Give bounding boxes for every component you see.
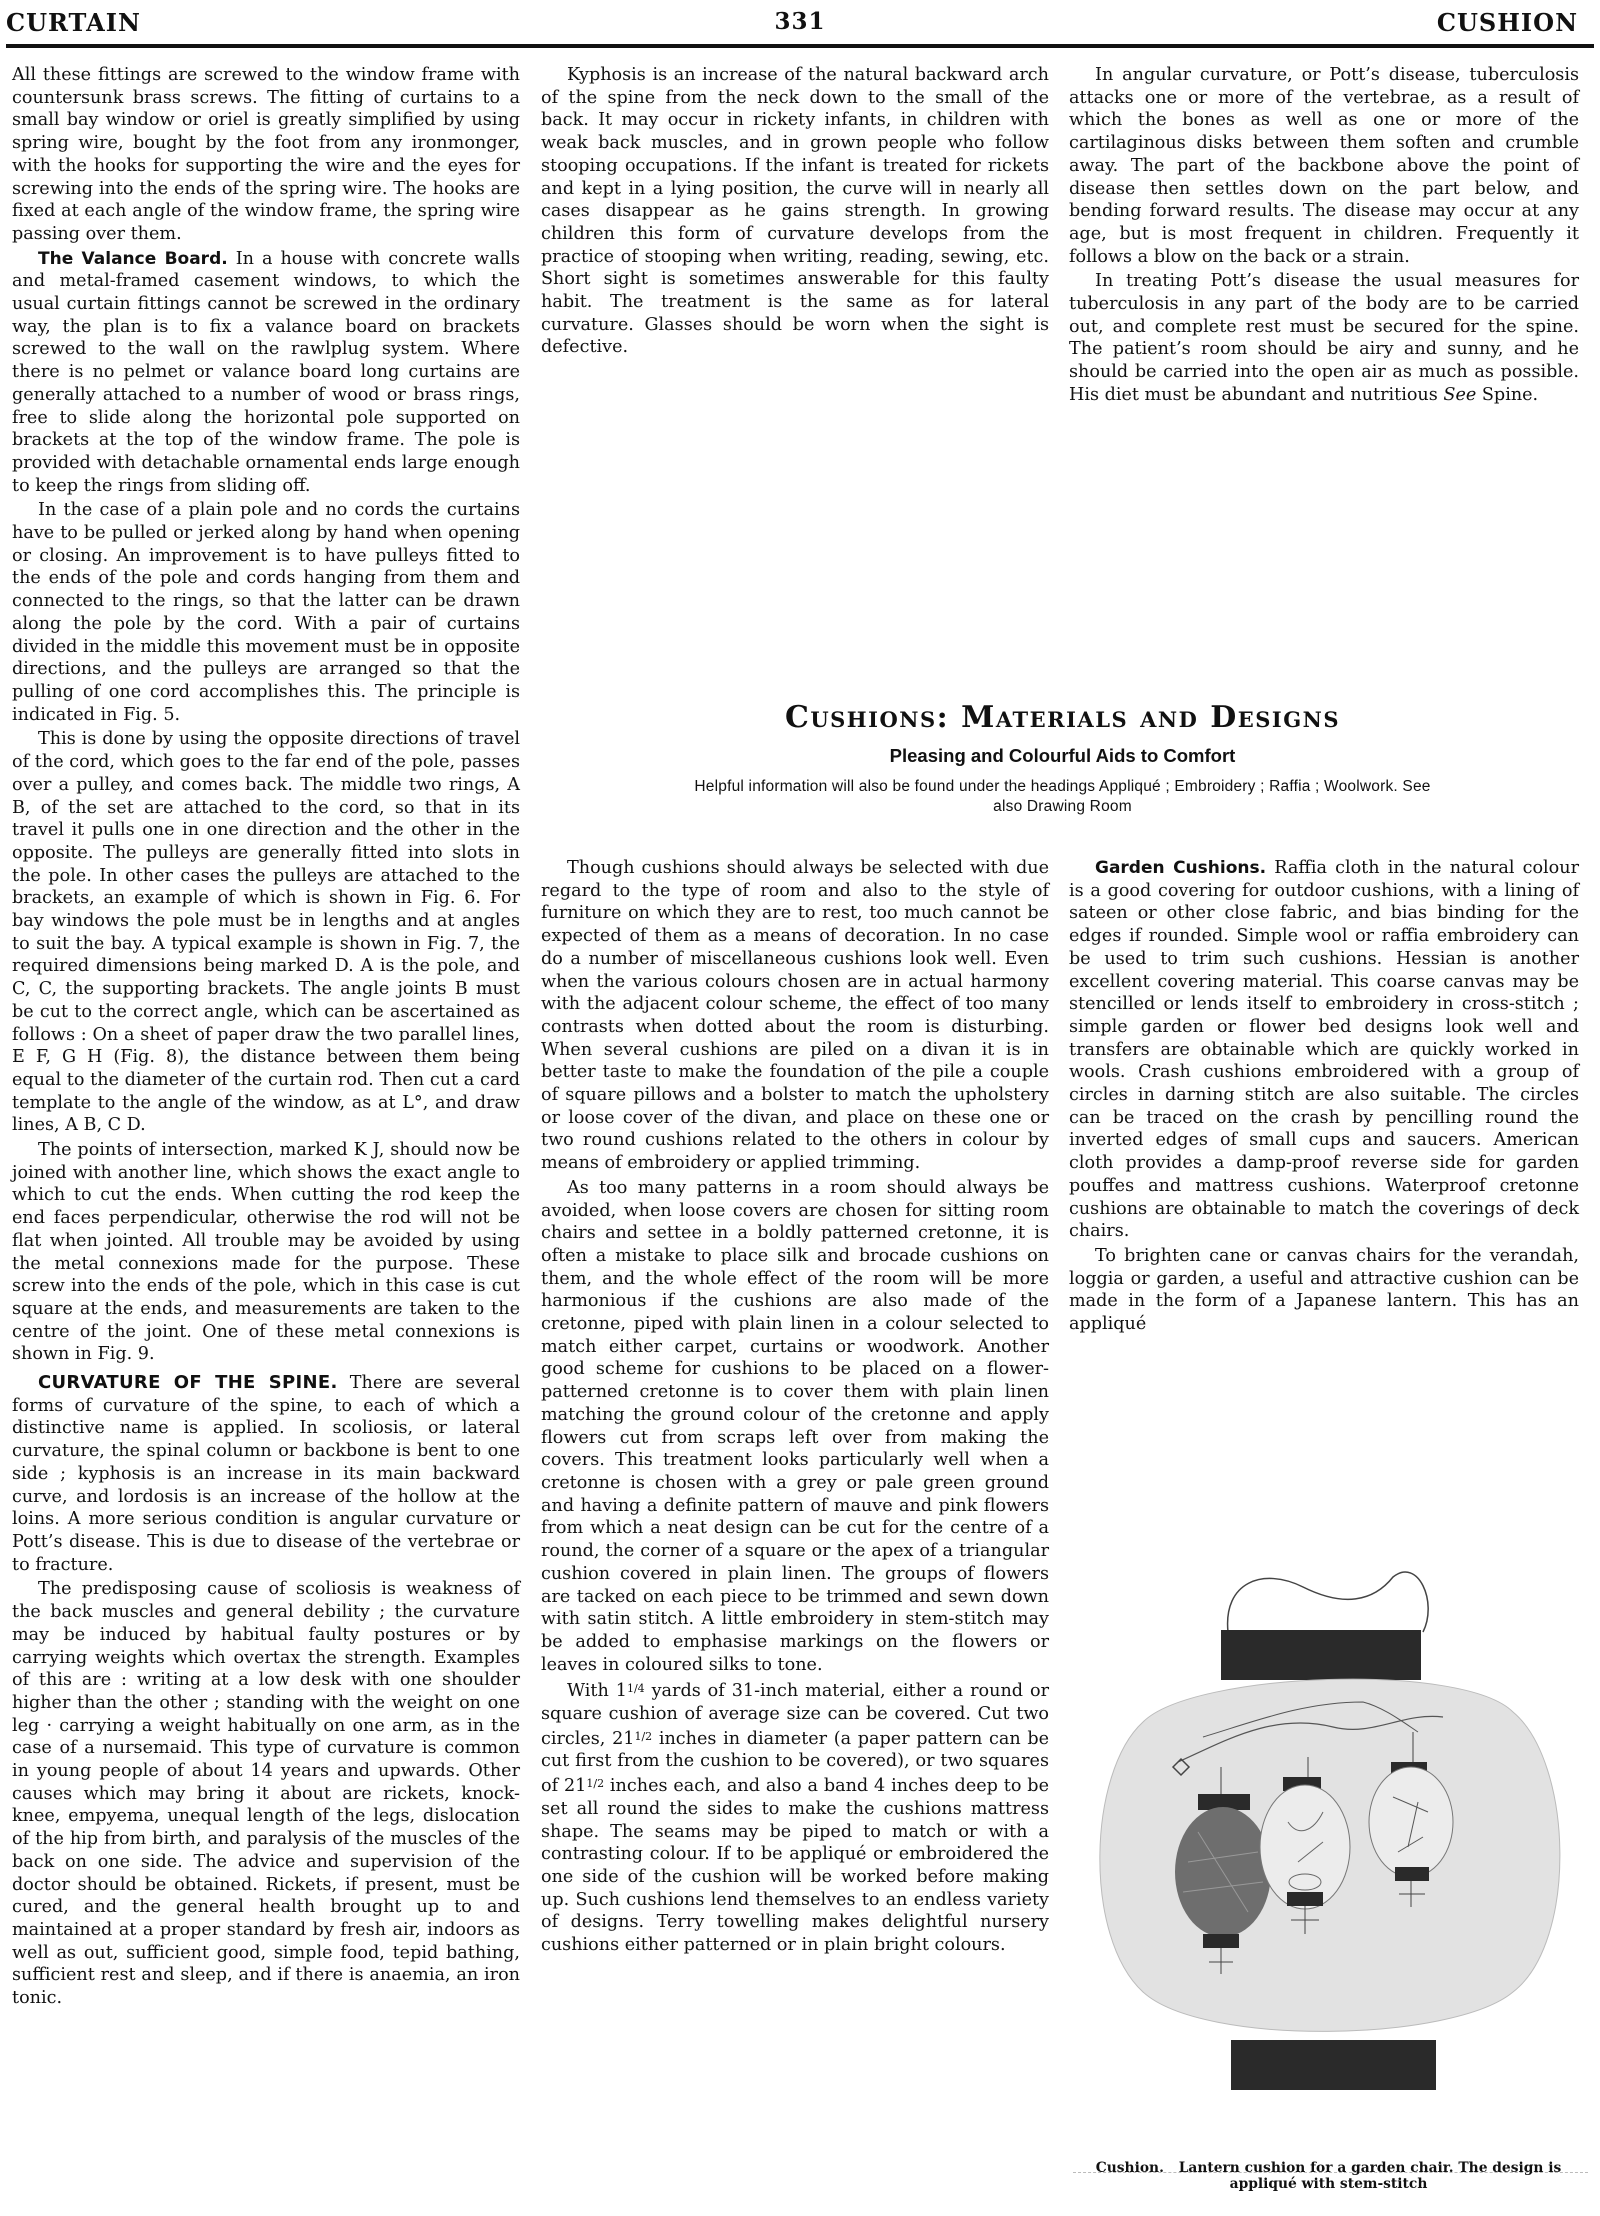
figure-caption: Cushion. Lantern cushion for a garden ch…	[1066, 2160, 1591, 2192]
fraction: 1/2	[634, 1730, 652, 1743]
running-head: CURTAIN 331 CUSHION	[0, 0, 1600, 44]
column-3: In angular curvature, or Pott’s disease,…	[1069, 64, 1579, 407]
caption-text: Lantern cushion for a garden chair. The …	[1179, 2160, 1562, 2192]
curtain-paragraph-4: This is done by using the opposite direc…	[12, 728, 520, 1137]
lantern-cushion-figure	[1073, 1562, 1588, 2178]
spine-paragraph-5: In treating Pott’s disease the usual mea…	[1069, 270, 1579, 406]
spine-paragraph-4: In angular curvature, or Pott’s disease,…	[1069, 64, 1579, 268]
column-4: Though cushions should always be selecte…	[541, 857, 1049, 1957]
spine-paragraph-3: Kyphosis is an increase of the natural b…	[541, 64, 1049, 359]
header-rule	[6, 44, 1594, 48]
caption-lead: Cushion.	[1096, 2160, 1164, 2176]
spine-paragraph-2: The predisposing cause of scoliosis is w…	[12, 1578, 520, 2009]
spine-heading: CURVATURE OF THE SPINE.	[38, 1372, 338, 1393]
curtain-paragraph-1: All these fittings are screwed to the wi…	[12, 64, 520, 246]
text-run: With 1	[567, 1681, 627, 1701]
page-number: 331	[0, 8, 1600, 35]
garden-heading: Garden Cushions.	[1095, 858, 1266, 878]
curtain-paragraph-3: In the case of a plain pole and no cords…	[12, 499, 520, 726]
valance-text: In a house with con­crete walls and meta…	[12, 249, 520, 496]
lantern-cushion-illustration	[1073, 1562, 1588, 2162]
valance-heading: The Valance Board.	[38, 249, 228, 269]
fraction: 1/4	[627, 1682, 645, 1695]
cushion-paragraph-1: Though cushions should always be selecte…	[541, 857, 1049, 1175]
article-title: Cushions: Materials and Designs	[540, 700, 1585, 735]
text-run: inches each, and also a band 4 inches de…	[541, 1776, 1049, 1955]
garden-text: Raffia cloth in the natural colour is a …	[1069, 858, 1579, 1241]
see-link-spine[interactable]: Spine.	[1482, 385, 1538, 405]
fraction: 1/2	[586, 1777, 604, 1790]
column-5: Garden Cushions. Raffia cloth in the nat…	[1069, 857, 1579, 1336]
article-subtitle: Pleasing and Colourful Aids to Comfort	[540, 745, 1585, 767]
column-1: All these fittings are screwed to the wi…	[12, 64, 520, 2010]
article-heading-block: Cushions: Materials and Designs Pleasing…	[540, 700, 1585, 817]
cross-reference-note: Helpful information will also be found u…	[693, 777, 1433, 817]
spine-text-1: There are several forms of curvature of …	[12, 1373, 520, 1575]
see-label: See	[1443, 385, 1476, 405]
valance-paragraph: The Valance Board. In a house with con­c…	[12, 248, 520, 498]
cushion-paragraph-3: With 11/4 yards of 31-inch material, eit…	[541, 1678, 1049, 1956]
running-head-right: CUSHION	[1437, 8, 1578, 37]
column-2: Kyphosis is an increase of the natural b…	[541, 64, 1049, 359]
garden-paragraph: Garden Cushions. Raffia cloth in the nat…	[1069, 857, 1579, 1243]
curtain-paragraph-5: The points of intersection, marked K J, …	[12, 1139, 520, 1366]
cushion-paragraph-5: To brighten cane or canvas chairs for th…	[1069, 1245, 1579, 1336]
cushion-paragraph-2: As too many patterns in a room should al…	[541, 1177, 1049, 1676]
spine-paragraph-1: CURVATURE OF THE SPINE. There are severa…	[12, 1372, 520, 1576]
